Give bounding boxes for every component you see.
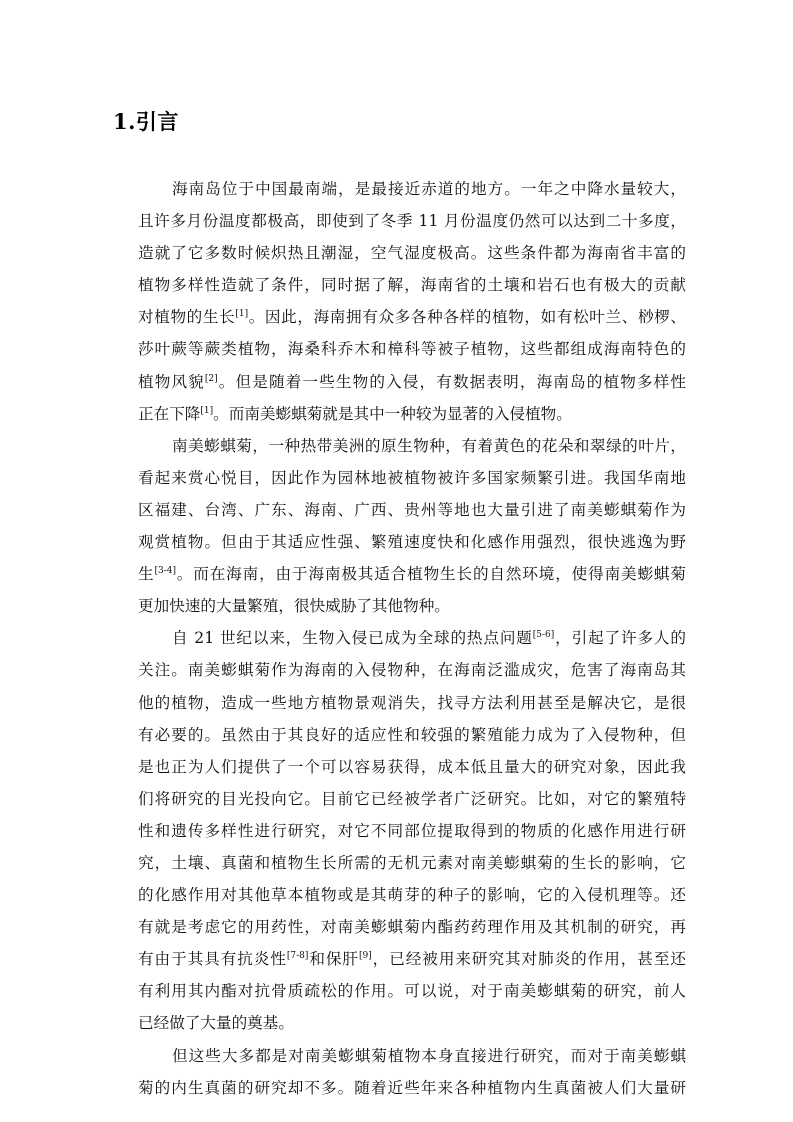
line-text: 且许多月份温度都极高，即使到了冬季 11 月份温度仍然可以达到二十多度，	[138, 212, 686, 230]
line-text: 生	[138, 565, 154, 583]
body-text: 海南岛位于中国最南端，是最接近赤道的地方。一年之中降水量较大，且许多月份温度都极…	[138, 173, 686, 1104]
text-line: 是也正为人们提供了一个可以容易获得，成本低且量大的研究对象，因此我	[138, 751, 686, 783]
paragraph: 南美蟛蜞菊，一种热带美洲的原生物种，有着黄色的花朵和翠绿的叶片，看起来赏心悦目，…	[138, 430, 686, 623]
paragraph: 海南岛位于中国最南端，是最接近赤道的地方。一年之中降水量较大，且许多月份温度都极…	[138, 173, 686, 430]
line-text: 有就是考虑它的用药性，对南美蟛蜞菊内酯药药理作用及其机制的研究，再	[138, 918, 686, 936]
line-text: 造就了它多数时候炽热且潮湿，空气湿度极高。这些条件都为海南省丰富的	[138, 244, 686, 262]
line-text: 和保肝	[308, 950, 359, 968]
text-line: 但这些大多都是对南美蟛蜞菊植物本身直接进行研究，而对于南美蟛蜞	[138, 1040, 686, 1072]
text-line: 植物风貌[2]。但是随着一些生物的入侵，有数据表明，海南岛的植物多样性	[138, 366, 686, 398]
text-line: 区福建、台湾、广东、海南、广西、贵州等地也大量引进了南美蟛蜞菊作为	[138, 494, 686, 526]
citation-ref: [7-8]	[287, 951, 309, 961]
line-text: 是也正为人们提供了一个可以容易获得，成本低且量大的研究对象，因此我	[138, 758, 686, 776]
text-line: 正在下降[1]。而南美蟛蜞菊就是其中一种较为显著的入侵植物。	[138, 398, 686, 430]
text-line: 观赏植物。但由于其适应性强、繁殖速度快和化感作用强烈，很快逃逸为野	[138, 526, 686, 558]
line-text: 看起来赏心悦目，因此作为园林地被植物被许多国家频繁引进。我国华南地	[138, 469, 686, 487]
text-line: 海南岛位于中国最南端，是最接近赤道的地方。一年之中降水量较大，	[138, 173, 686, 205]
citation-ref: [3-4]	[154, 566, 176, 576]
line-text: 菊的内生真菌的研究却不多。随着近些年来各种植物内生真菌被人们大量研	[138, 1079, 686, 1097]
text-line: 的化感作用对其他草本植物或是其萌芽的种子的影响，它的入侵机理等。还	[138, 879, 686, 911]
text-line: 对植物的生长[1]。因此，海南拥有众多各种各样的植物，如有松叶兰、桫椤、	[138, 301, 686, 333]
line-text: 们将研究的目光投向它。目前它已经被学者广泛研究。比如，对它的繁殖特	[138, 790, 686, 808]
line-text: 究，土壤、真菌和植物生长所需的无机元素对南美蟛蜞菊的生长的影响，它	[138, 854, 686, 872]
text-line: 们将研究的目光投向它。目前它已经被学者广泛研究。比如，对它的繁殖特	[138, 783, 686, 815]
line-text: 海南岛位于中国最南端，是最接近赤道的地方。一年之中降水量较大，	[172, 180, 686, 198]
text-line: 有由于其具有抗炎性[7-8]和保肝[9]，已经被用来研究其对肺炎的作用，甚至还	[138, 943, 686, 975]
text-line: 造就了它多数时候炽热且潮湿，空气湿度极高。这些条件都为海南省丰富的	[138, 237, 686, 269]
line-text: 的化感作用对其他草本植物或是其萌芽的种子的影响，它的入侵机理等。还	[138, 886, 686, 904]
line-text: 但这些大多都是对南美蟛蜞菊植物本身直接进行研究，而对于南美蟛蜞	[172, 1047, 686, 1065]
line-text: 植物风貌	[138, 373, 205, 391]
line-text: 。而南美蟛蜞菊就是其中一种较为显著的入侵植物。	[213, 405, 572, 423]
citation-ref: [1]	[200, 406, 213, 416]
text-line: 究，土壤、真菌和植物生长所需的无机元素对南美蟛蜞菊的生长的影响，它	[138, 847, 686, 879]
citation-ref: [1]	[235, 309, 248, 319]
text-line: 看起来赏心悦目，因此作为园林地被植物被许多国家频繁引进。我国华南地	[138, 462, 686, 494]
line-text: 区福建、台湾、广东、海南、广西、贵州等地也大量引进了南美蟛蜞菊作为	[138, 501, 686, 519]
line-text: ，已经被用来研究其对肺炎的作用，甚至还	[372, 950, 686, 968]
line-text: 关注。南美蟛蜞菊作为海南的入侵物种，在海南泛滥成灾，危害了海南岛其	[138, 661, 686, 679]
text-line: 更加快速的大量繁殖，很快威胁了其他物种。	[138, 590, 686, 622]
text-line: 自 21 世纪以来，生物入侵已成为全球的热点问题[5-6]，引起了许多人的	[138, 622, 686, 654]
line-text: 他的植物，造成一些地方植物景观消失，找寻方法利用甚至是解决它，是很	[138, 694, 686, 712]
line-text: 南美蟛蜞菊，一种热带美洲的原生物种，有着黄色的花朵和翠绿的叶片，	[172, 437, 686, 455]
citation-ref: [5-6]	[533, 630, 555, 640]
text-line: 南美蟛蜞菊，一种热带美洲的原生物种，有着黄色的花朵和翠绿的叶片，	[138, 430, 686, 462]
text-line: 关注。南美蟛蜞菊作为海南的入侵物种，在海南泛滥成灾，危害了海南岛其	[138, 654, 686, 686]
section-heading: 1.引言	[113, 106, 179, 136]
line-text: 正在下降	[138, 405, 200, 423]
text-line: 有必要的。虽然由于其良好的适应性和较强的繁殖能力成为了入侵物种，但	[138, 719, 686, 751]
line-text: 有必要的。虽然由于其良好的适应性和较强的繁殖能力成为了入侵物种，但	[138, 726, 686, 744]
line-text: 有由于其具有抗炎性	[138, 950, 287, 968]
text-line: 已经做了大量的奠基。	[138, 1007, 686, 1039]
text-line: 有利用其内酯对抗骨质疏松的作用。可以说，对于南美蟛蜞菊的研究，前人	[138, 975, 686, 1007]
line-text: 已经做了大量的奠基。	[138, 1014, 294, 1032]
text-line: 性和遗传多样性进行研究，对它不同部位提取得到的物质的化感作用进行研	[138, 815, 686, 847]
line-text: 。而在海南，由于海南极其适合植物生长的自然环境，使得南美蟛蜞菊	[176, 565, 686, 583]
line-text: 植物多样性造就了条件，同时据了解，海南省的土壤和岩石也有极大的贡献	[138, 276, 686, 294]
line-text: 对植物的生长	[138, 308, 235, 326]
text-line: 莎叶蕨等蕨类植物，海桑科乔木和樟科等被子植物，这些都组成海南特色的	[138, 333, 686, 365]
line-text: 有利用其内酯对抗骨质疏松的作用。可以说，对于南美蟛蜞菊的研究，前人	[138, 982, 686, 1000]
text-line: 他的植物，造成一些地方植物景观消失，找寻方法利用甚至是解决它，是很	[138, 687, 686, 719]
paragraph: 但这些大多都是对南美蟛蜞菊植物本身直接进行研究，而对于南美蟛蜞菊的内生真菌的研究…	[138, 1040, 686, 1104]
text-line: 有就是考虑它的用药性，对南美蟛蜞菊内酯药药理作用及其机制的研究，再	[138, 911, 686, 943]
citation-ref: [2]	[205, 374, 218, 384]
line-text: 更加快速的大量繁殖，很快威胁了其他物种。	[138, 597, 450, 615]
line-text: 性和遗传多样性进行研究，对它不同部位提取得到的物质的化感作用进行研	[138, 822, 686, 840]
line-text: 观赏植物。但由于其适应性强、繁殖速度快和化感作用强烈，很快逃逸为野	[138, 533, 686, 551]
line-text: 。但是随着一些生物的入侵，有数据表明，海南岛的植物多样性	[218, 373, 686, 391]
line-text: 自 21 世纪以来，生物入侵已成为全球的热点问题	[172, 629, 533, 647]
text-line: 且许多月份温度都极高，即使到了冬季 11 月份温度仍然可以达到二十多度，	[138, 205, 686, 237]
paragraph: 自 21 世纪以来，生物入侵已成为全球的热点问题[5-6]，引起了许多人的关注。…	[138, 622, 686, 1039]
text-line: 植物多样性造就了条件，同时据了解，海南省的土壤和岩石也有极大的贡献	[138, 269, 686, 301]
line-text: 。因此，海南拥有众多各种各样的植物，如有松叶兰、桫椤、	[248, 308, 686, 326]
line-text: 莎叶蕨等蕨类植物，海桑科乔木和樟科等被子植物，这些都组成海南特色的	[138, 340, 686, 358]
document-page: 1.引言 海南岛位于中国最南端，是最接近赤道的地方。一年之中降水量较大，且许多月…	[0, 0, 793, 1122]
citation-ref: [9]	[359, 951, 372, 961]
line-text: ，引起了许多人的	[554, 629, 686, 647]
text-line: 菊的内生真菌的研究却不多。随着近些年来各种植物内生真菌被人们大量研	[138, 1072, 686, 1104]
text-line: 生[3-4]。而在海南，由于海南极其适合植物生长的自然环境，使得南美蟛蜞菊	[138, 558, 686, 590]
